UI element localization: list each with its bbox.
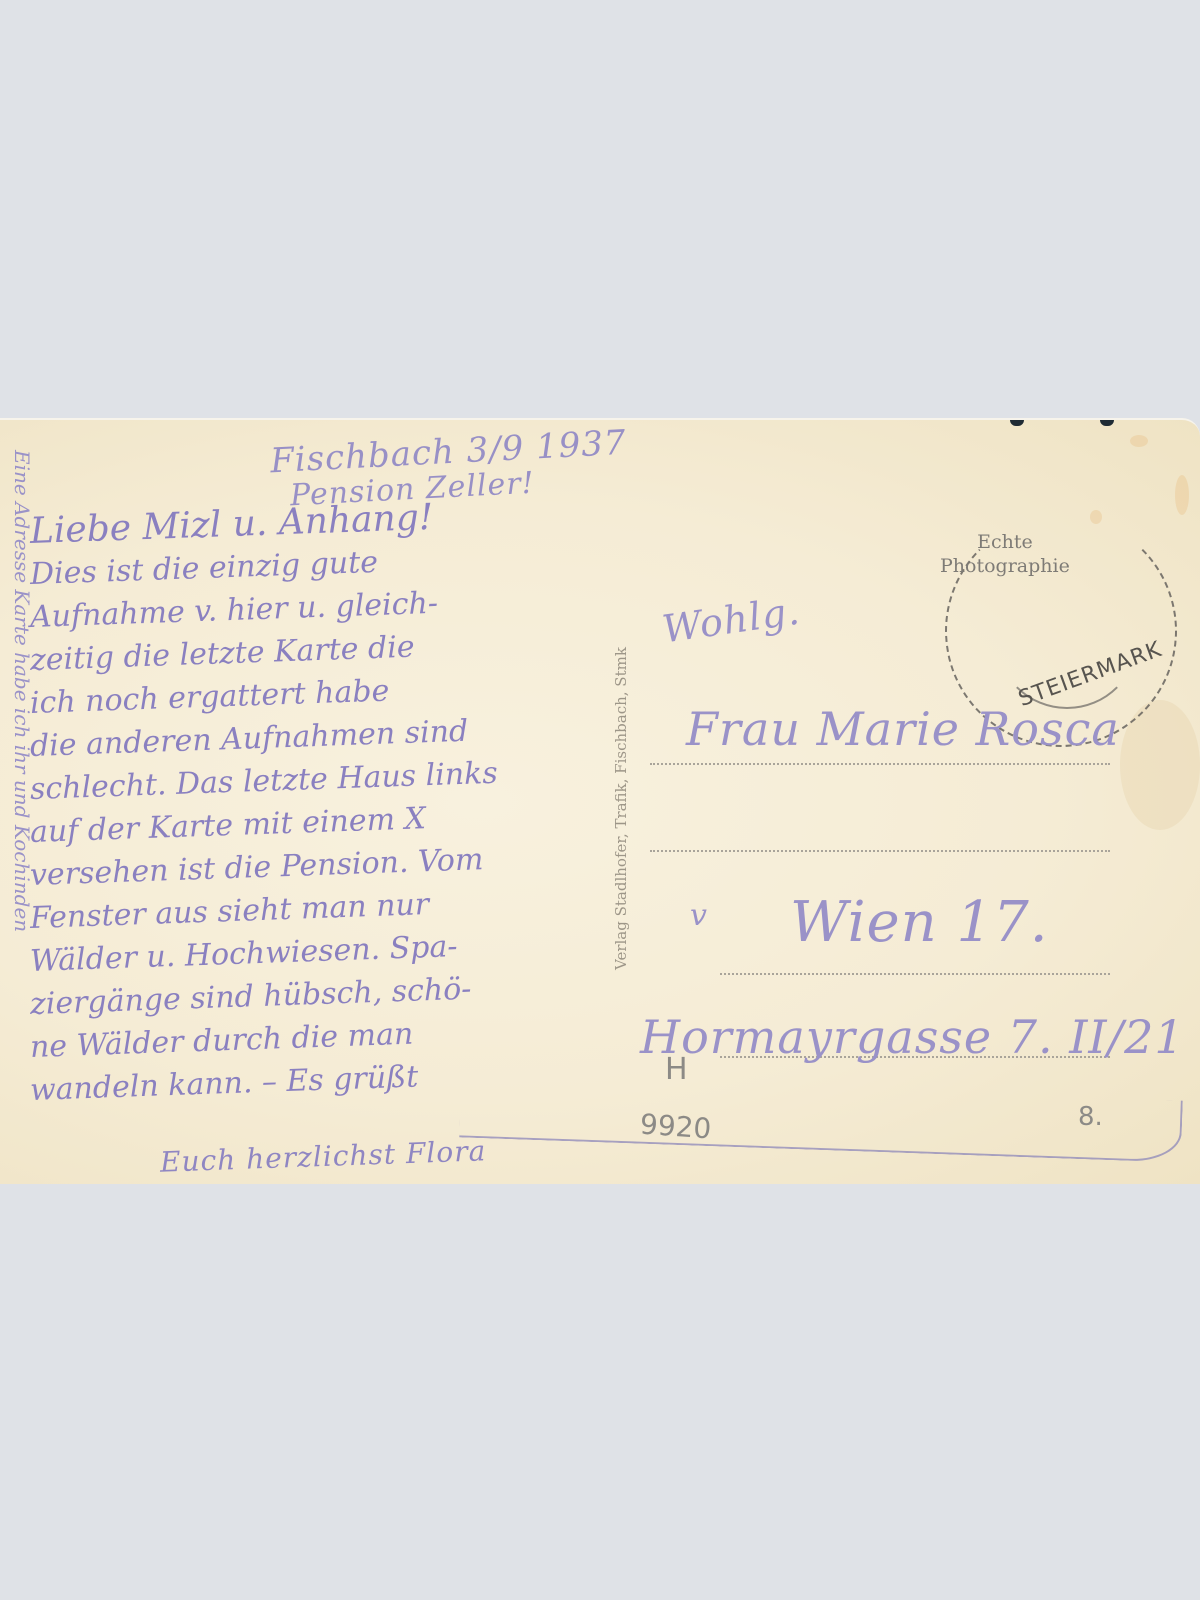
photo-corner-mark (1100, 420, 1114, 426)
pencil-index: 8. (1078, 1102, 1103, 1132)
photo-stamp-line1: Echte (940, 530, 1070, 554)
address-city: Wien 17. (790, 890, 1049, 955)
postcard-back: Eine Adresse Karte habe ich ihr und Koch… (0, 418, 1200, 1184)
photo-stamp-line2: Photographie (940, 554, 1070, 578)
pencil-number: 9920 (639, 1108, 712, 1146)
message-signoff: Euch herzlichst Flora (160, 1134, 487, 1178)
address-recipient: Frau Marie Rosca (686, 702, 1120, 756)
photo-stamp-label: Echte Photographie (940, 530, 1070, 578)
address-city-prefix: v (690, 898, 708, 933)
address-rule (720, 973, 1110, 975)
photo-corner-mark (1010, 420, 1024, 426)
age-stain (1130, 435, 1148, 447)
address-salutation: Wohlg. (660, 589, 803, 652)
handwritten-message: Liebe Mizl u. Anhang! Dies ist die einzi… (30, 510, 630, 1112)
publisher-imprint: Verlag Stadlhofer, Trafik, Fischbach, St… (612, 647, 630, 970)
image-viewer: Eine Adresse Karte habe ich ihr und Koch… (0, 0, 1200, 1600)
address-rule (650, 763, 1110, 765)
age-stain (1175, 475, 1189, 515)
ink-bracket-stroke (459, 1075, 1183, 1162)
address-rule (650, 850, 1110, 852)
pencil-letter: H (665, 1052, 688, 1087)
address-street: Hormayrgasse 7. II/21 (640, 1010, 1185, 1064)
